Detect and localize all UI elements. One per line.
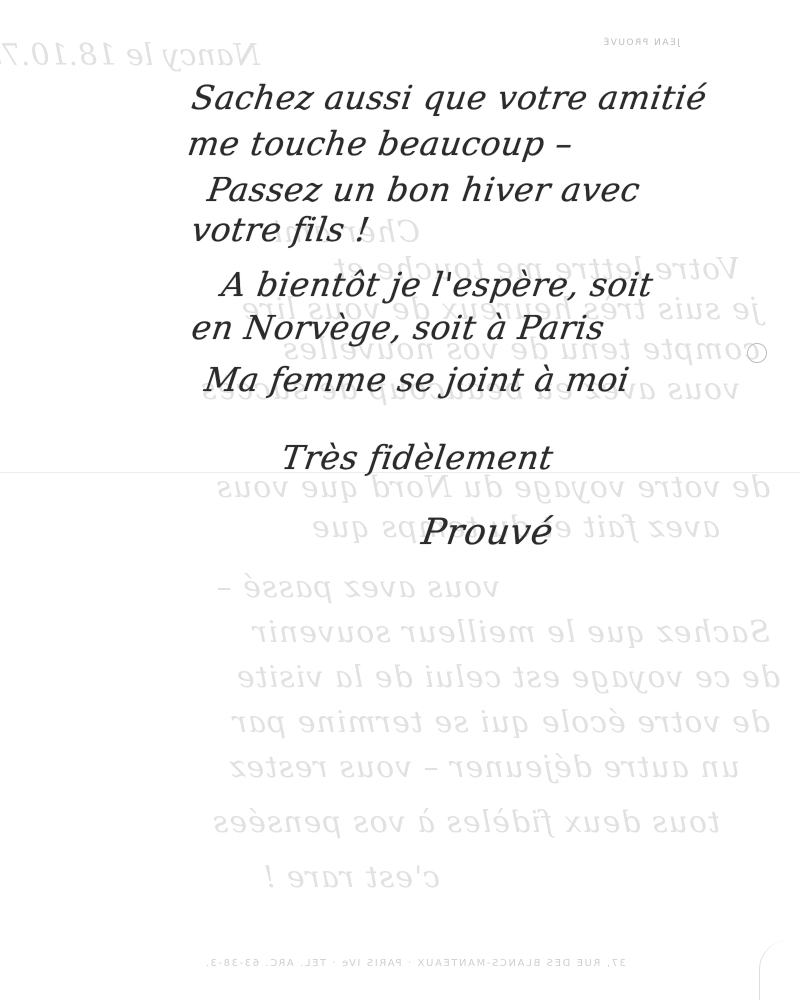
handwritten-line: votre fils ! — [189, 210, 372, 249]
handwritten-line: me touche beaucoup – — [185, 124, 575, 163]
letter-page: Nancy le 18.10.75 Cher ami Votre lettre … — [0, 0, 800, 1000]
signature: Prouvé — [419, 512, 556, 553]
handwritten-line: Ma femme se joint à moi — [202, 360, 632, 399]
letter-body: Sachez aussi que votre amitié me touche … — [0, 0, 800, 1000]
handwritten-line: A bientôt je l'espère, soit — [219, 265, 656, 304]
handwritten-line: Passez un bon hiver avec — [205, 170, 642, 209]
closing-salutation: Très fidèlement — [279, 438, 556, 477]
handwritten-line: Sachez aussi que votre amitié — [189, 78, 709, 117]
handwritten-line: en Norvège, soit à Paris — [189, 308, 607, 347]
